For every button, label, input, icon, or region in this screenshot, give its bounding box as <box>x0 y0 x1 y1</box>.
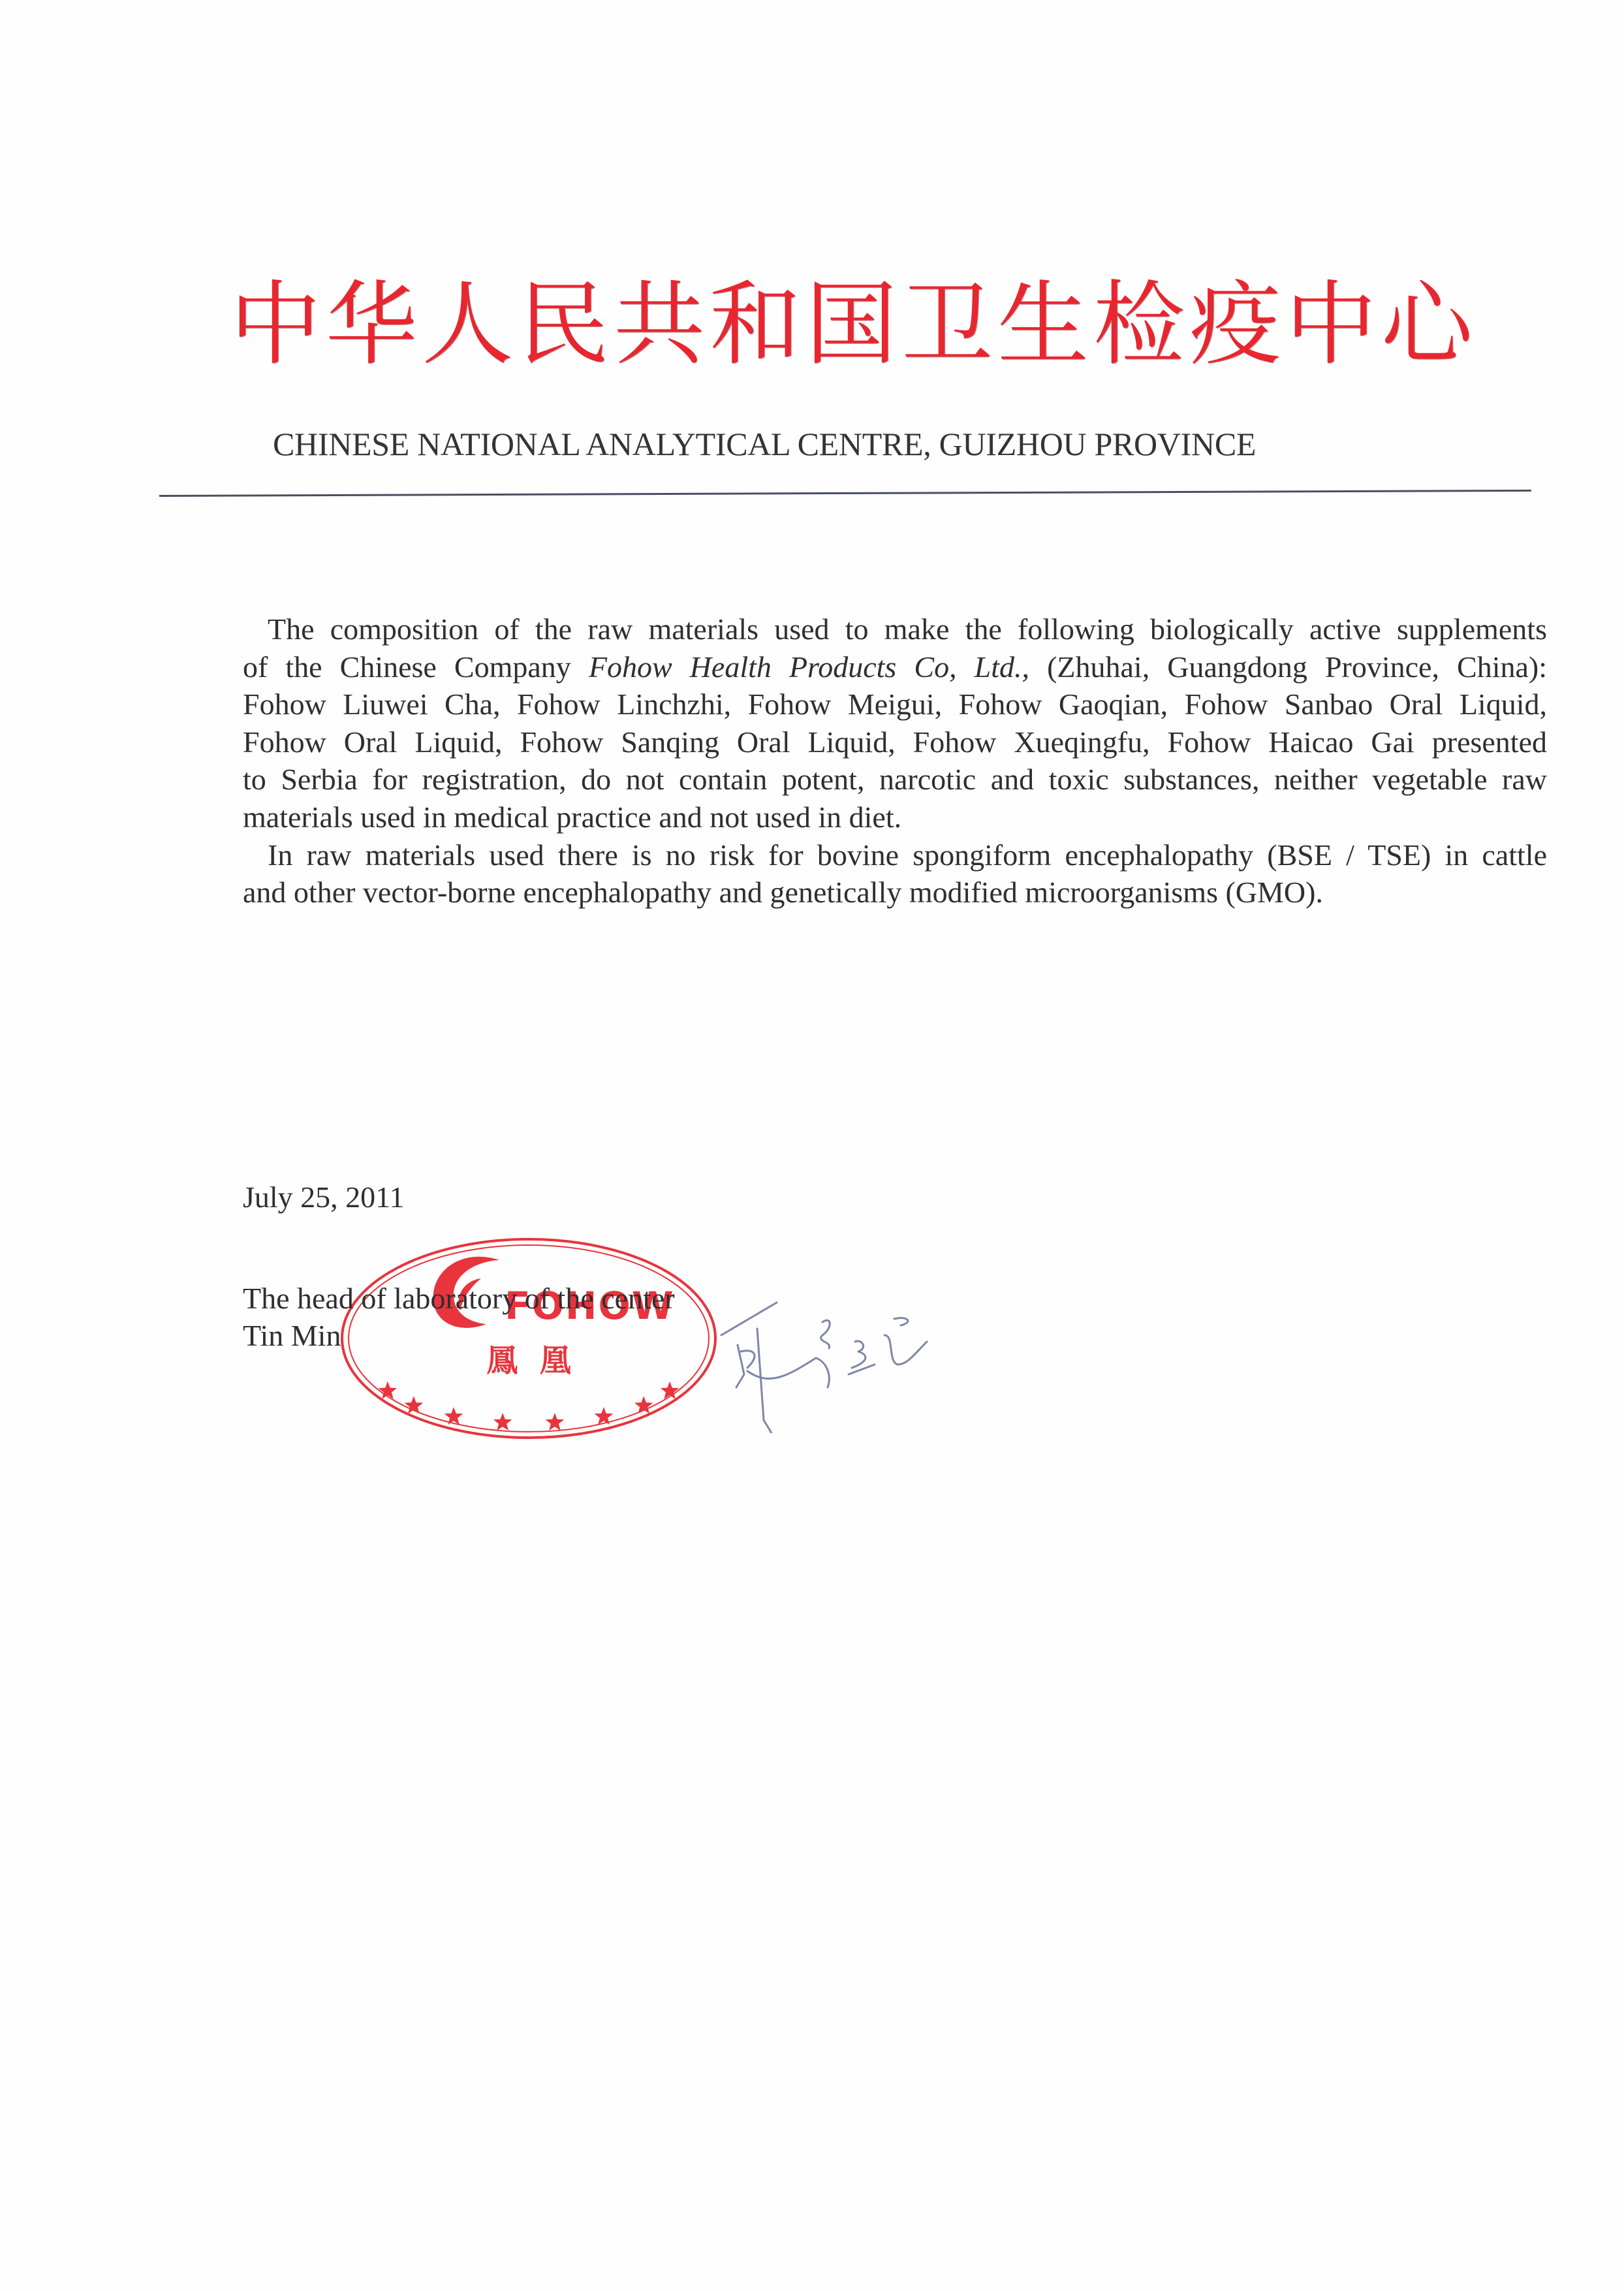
signer-name: Tin Min <box>243 1317 675 1354</box>
body-text-run: of the Chinese Company <box>243 650 589 684</box>
body-line: to Serbia for registration, do not conta… <box>243 761 1547 798</box>
header-divider <box>159 490 1531 497</box>
handwritten-signature-icon <box>718 1296 940 1433</box>
signature-block: The head of laboratory of the center Tin… <box>243 1280 675 1354</box>
letter-date: July 25, 2011 <box>243 1178 404 1216</box>
english-letterhead-title: CHINESE NATIONAL ANALYTICAL CENTRE, GUIZ… <box>273 424 1448 464</box>
body-line: Fohow Oral Liquid, Fohow Sanqing Oral Li… <box>243 723 1547 761</box>
body-line: In raw materials used there is no risk f… <box>243 836 1547 874</box>
company-name: Fohow Health Products Co, Ltd., <box>589 650 1029 684</box>
chinese-letterhead-title: 中华人民共和国卫生检疫中心 <box>230 266 1483 384</box>
body-text-run: (Zhuhai, Guangdong Province, China): <box>1029 650 1547 684</box>
body-line: and other vector-borne encephalopathy an… <box>243 874 1547 911</box>
stamp-stars-icon <box>379 1382 679 1430</box>
body-line: materials used in medical practice and n… <box>243 798 1547 836</box>
body-line: of the Chinese Company Fohow Health Prod… <box>243 648 1547 686</box>
document-page: 中华人民共和国卫生检疫中心 CHINESE NATIONAL ANALYTICA… <box>0 0 1624 2291</box>
body-line: The composition of the raw materials use… <box>243 610 1547 648</box>
body-line: Fohow Liuwei Cha, Fohow Linchzhi, Fohow … <box>243 686 1547 723</box>
letter-body: The composition of the raw materials use… <box>243 610 1548 911</box>
signer-title: The head of laboratory of the center <box>243 1280 675 1317</box>
